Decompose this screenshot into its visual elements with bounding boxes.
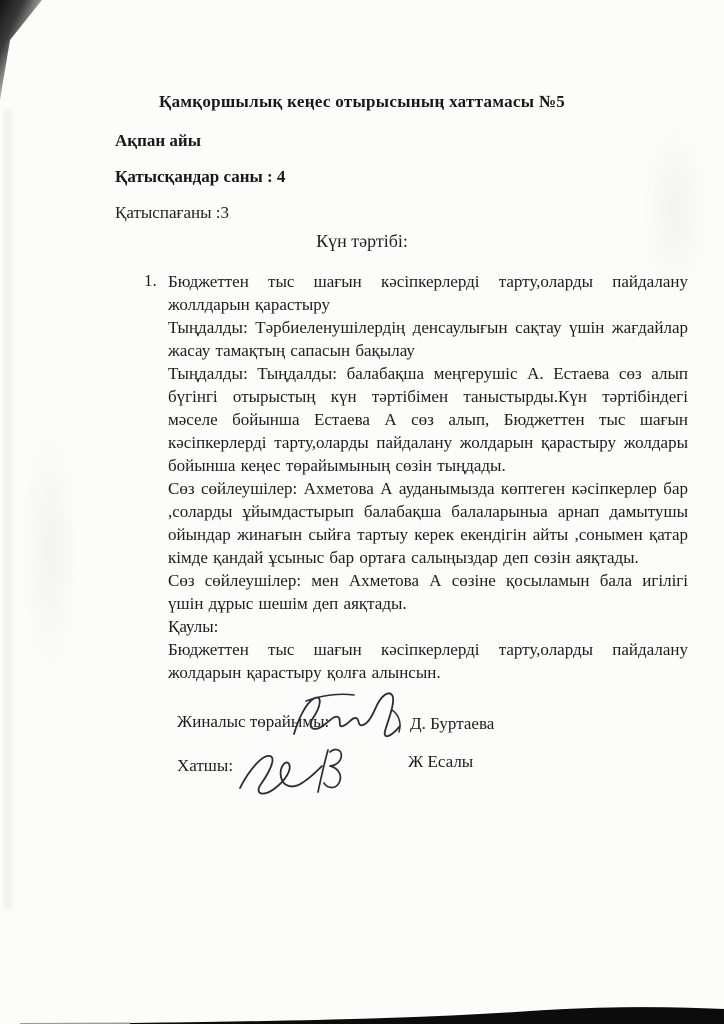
meta-month: Ақпан айы	[115, 130, 285, 151]
chair-signature-label: Жиналыс төрайымы:	[177, 712, 329, 732]
agenda-body: 1. Бюджеттен тыс шағын кәсіпкерлерді тар…	[168, 270, 688, 684]
secretary-name: Ж Есалы	[408, 752, 473, 772]
paragraph-agenda-item: Бюджеттен тыс шағын кәсіпкерлерді тарту,…	[168, 270, 688, 316]
secretary-signature-handwriting	[232, 742, 352, 800]
secretary-signature-label: Хатшы:	[177, 756, 233, 776]
scanned-document-page: Қамқоршылық кеңес отырысының хаттамасы №…	[0, 0, 724, 1024]
scan-bottom-shadow	[0, 998, 724, 1024]
meta-absent-count: Қатыспағаны :3	[115, 202, 285, 223]
list-item-number: 1.	[144, 271, 157, 291]
scan-smudge	[20, 420, 80, 680]
document-meta: Ақпан айы Қатысқандар саны : 4 Қатыспаға…	[115, 130, 285, 238]
document-title: Қамқоршылық кеңес отырысының хаттамасы №…	[0, 92, 724, 112]
scan-corner-artifact	[0, 0, 46, 100]
scan-left-edge-shadow	[4, 110, 16, 910]
agenda-heading: Күн тәртібі:	[0, 231, 724, 252]
meta-attended-count: Қатысқандар саны : 4	[115, 166, 285, 187]
chair-name: Д. Буртаева	[410, 714, 494, 734]
paragraph-heard-1: Тыңдалды: Тәрбиеленушілердің денсаулығын…	[168, 316, 688, 362]
paragraph-resolution-heading: Қаулы:	[168, 615, 688, 638]
paragraph-speakers-2: Сөз сөйлеушілер: мен Ахметова А сөзіне қ…	[168, 569, 688, 615]
paragraph-resolution: Бюджеттен тыс шағын кәсіпкерлерді тарту,…	[168, 638, 688, 684]
paragraph-speakers-1: Сөз сөйлеушілер: Ахметова А ауданымызда …	[168, 477, 688, 569]
paragraph-heard-2: Тыңдалды: Тыңдалды: балабақша меңгерушіс…	[168, 362, 688, 477]
